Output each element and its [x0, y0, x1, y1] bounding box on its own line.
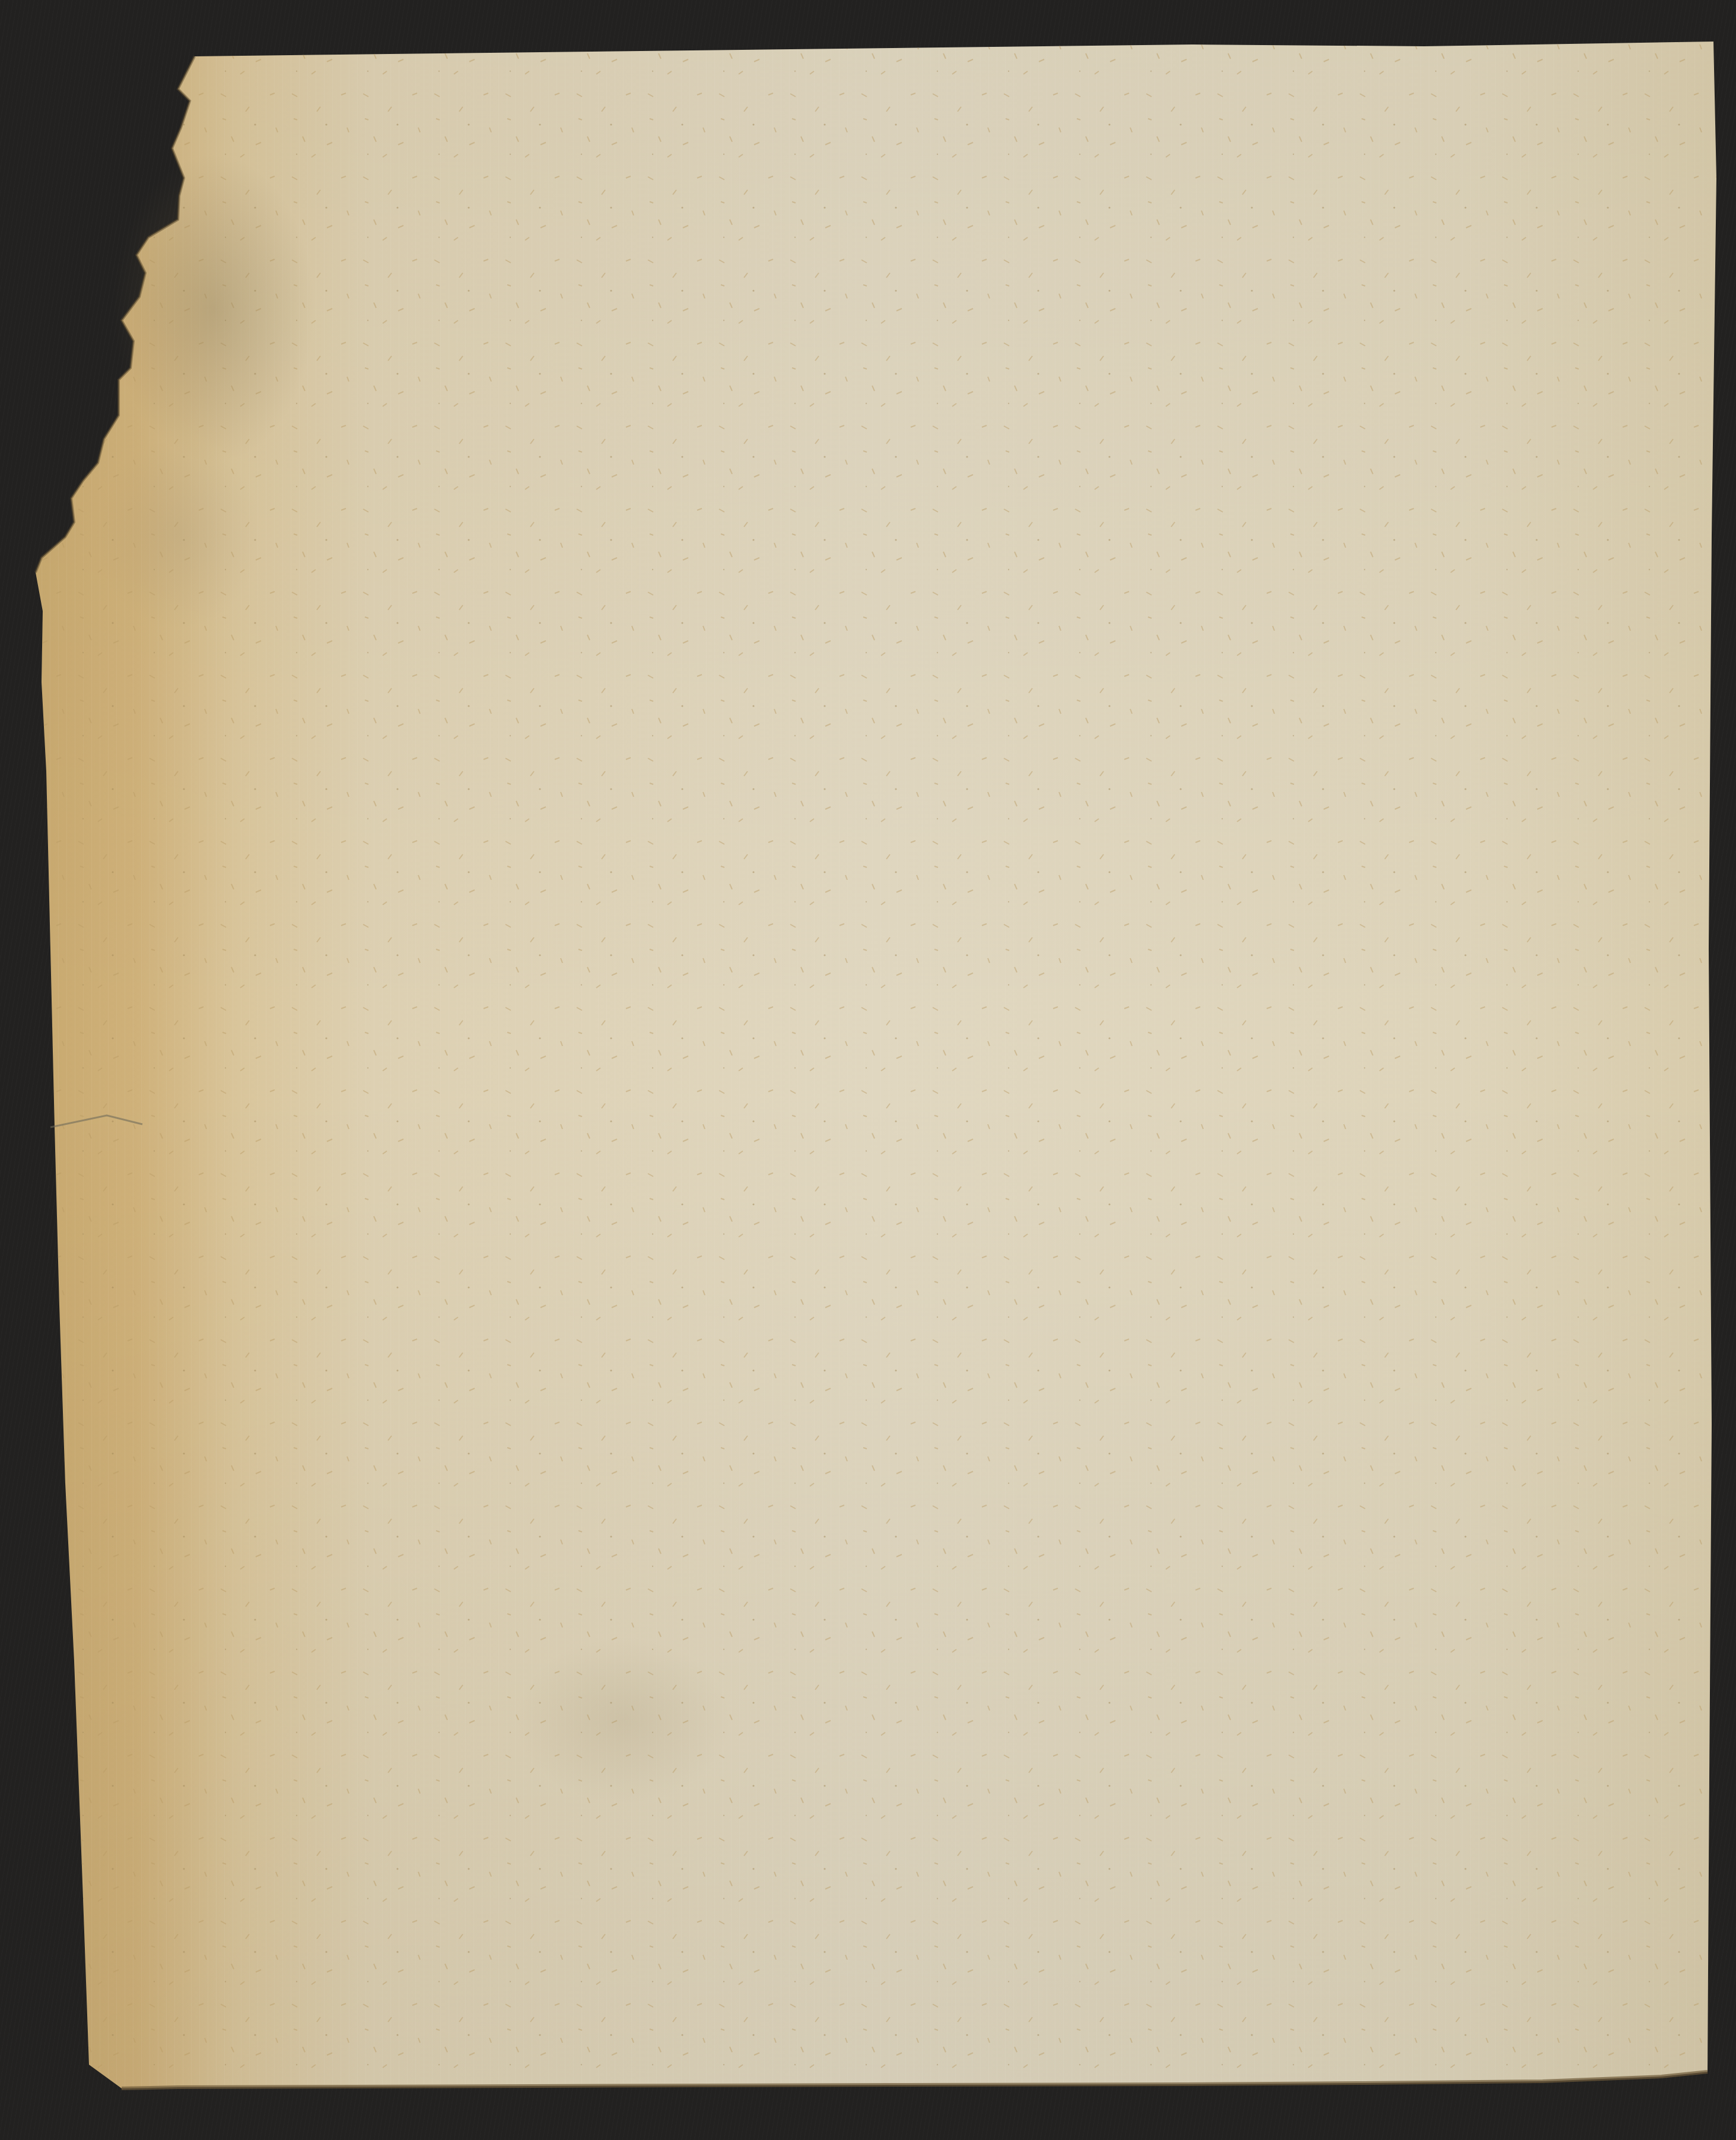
show-through-marks — [516, 1637, 730, 1804]
paper-sheet-shape — [0, 0, 1736, 2140]
water-stain — [113, 154, 314, 463]
paper-sheet — [0, 0, 1736, 2140]
